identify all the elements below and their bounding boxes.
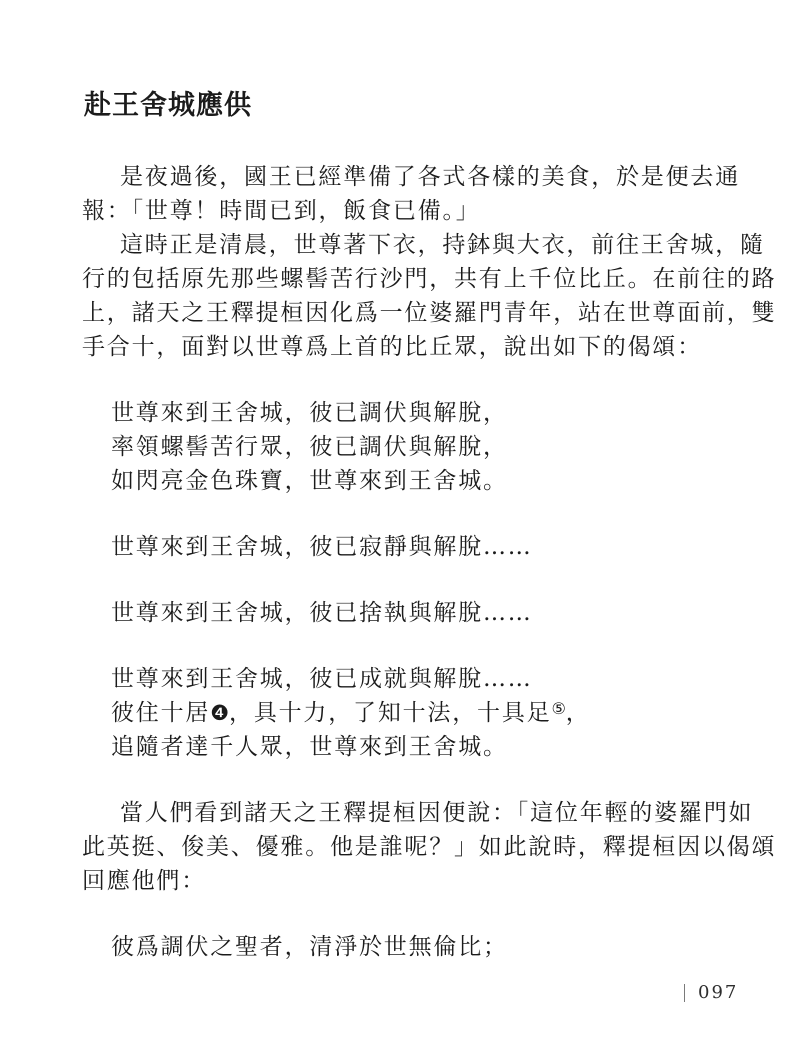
text-line: 追隨者達千人眾，世尊來到王舍城。 xyxy=(111,730,754,764)
footnote-marker-4-icon: ❹ xyxy=(210,701,229,725)
text-line: 這時正是清晨，世尊著下衣，持鉢與大衣，前往王舍城，隨 xyxy=(82,228,754,262)
text-line: 是夜過後，國王已經準備了各式各樣的美食，於是便去通 xyxy=(82,160,754,194)
text-line: 世尊來到王舍城，彼已寂靜與解脫…… xyxy=(111,530,754,564)
verse-block: 世尊來到王舍城，彼已捨執與解脫…… xyxy=(111,596,754,630)
text-line: 報：「世尊！時間已到，飯食已備。」 xyxy=(82,194,754,228)
verse-block: 世尊來到王舍城，彼已成就與解脫……彼住十居❹，具十力，了知十法，十具足⑤，追隨者… xyxy=(111,662,754,764)
text-line: 世尊來到王舍城，彼已調伏與解脫， xyxy=(111,396,754,430)
text-line: 當人們看到諸天之王釋提桓因便說：「這位年輕的婆羅門如 xyxy=(82,796,754,830)
page-number: 097 xyxy=(684,982,738,1003)
text-blocks: 是夜過後，國王已經準備了各式各樣的美食，於是便去通報：「世尊！時間已到，飯食已備… xyxy=(82,160,754,964)
chapter-title: 赴王舍城應供 xyxy=(84,84,754,128)
verse-block: 彼爲調伏之聖者，清淨於世無倫比； xyxy=(111,930,754,964)
paragraph-block: 這時正是清晨，世尊著下衣，持鉢與大衣，前往王舍城，隨行的包括原先那些螺髻苦行沙門… xyxy=(82,228,754,364)
text-line: 回應他們： xyxy=(82,864,754,898)
book-page: 赴王舍城應供 是夜過後，國王已經準備了各式各樣的美食，於是便去通報：「世尊！時間… xyxy=(0,0,792,1056)
text-line: 率領螺髻苦行眾，彼已調伏與解脫， xyxy=(111,430,754,464)
text-line: 上，諸天之王釋提桓因化爲一位婆羅門青年，站在世尊面前，雙 xyxy=(82,296,754,330)
page-number-value: 097 xyxy=(698,982,738,1003)
text-line: 彼住十居❹，具十力，了知十法，十具足⑤， xyxy=(111,696,754,730)
text-line: 此英挺、俊美、優雅。他是誰呢？」如此說時，釋提桓因以偈頌 xyxy=(82,830,754,864)
footnote-marker-5-icon: ⑤ xyxy=(551,699,565,718)
text-line: 如閃亮金色珠寶，世尊來到王舍城。 xyxy=(111,464,754,498)
paragraph-block: 是夜過後，國王已經準備了各式各樣的美食，於是便去通報：「世尊！時間已到，飯食已備… xyxy=(82,160,754,228)
text-line: 行的包括原先那些螺髻苦行沙門，共有上千位比丘。在前往的路 xyxy=(82,262,754,296)
verse-block: 世尊來到王舍城，彼已調伏與解脫，率領螺髻苦行眾，彼已調伏與解脫，如閃亮金色珠寶，… xyxy=(111,396,754,498)
text-line: 手合十，面對以世尊爲上首的比丘眾，說出如下的偈頌： xyxy=(82,330,754,364)
verse-block: 世尊來到王舍城，彼已寂靜與解脫…… xyxy=(111,530,754,564)
paragraph-block: 當人們看到諸天之王釋提桓因便說：「這位年輕的婆羅門如此英挺、俊美、優雅。他是誰呢… xyxy=(82,796,754,898)
text-line: 世尊來到王舍城，彼已成就與解脫…… xyxy=(111,662,754,696)
text-line: 彼爲調伏之聖者，清淨於世無倫比； xyxy=(111,930,754,964)
text-line: 世尊來到王舍城，彼已捨執與解脫…… xyxy=(111,596,754,630)
page-content: 赴王舍城應供 是夜過後，國王已經準備了各式各樣的美食，於是便去通報：「世尊！時間… xyxy=(82,84,754,964)
page-number-divider xyxy=(684,984,685,1002)
